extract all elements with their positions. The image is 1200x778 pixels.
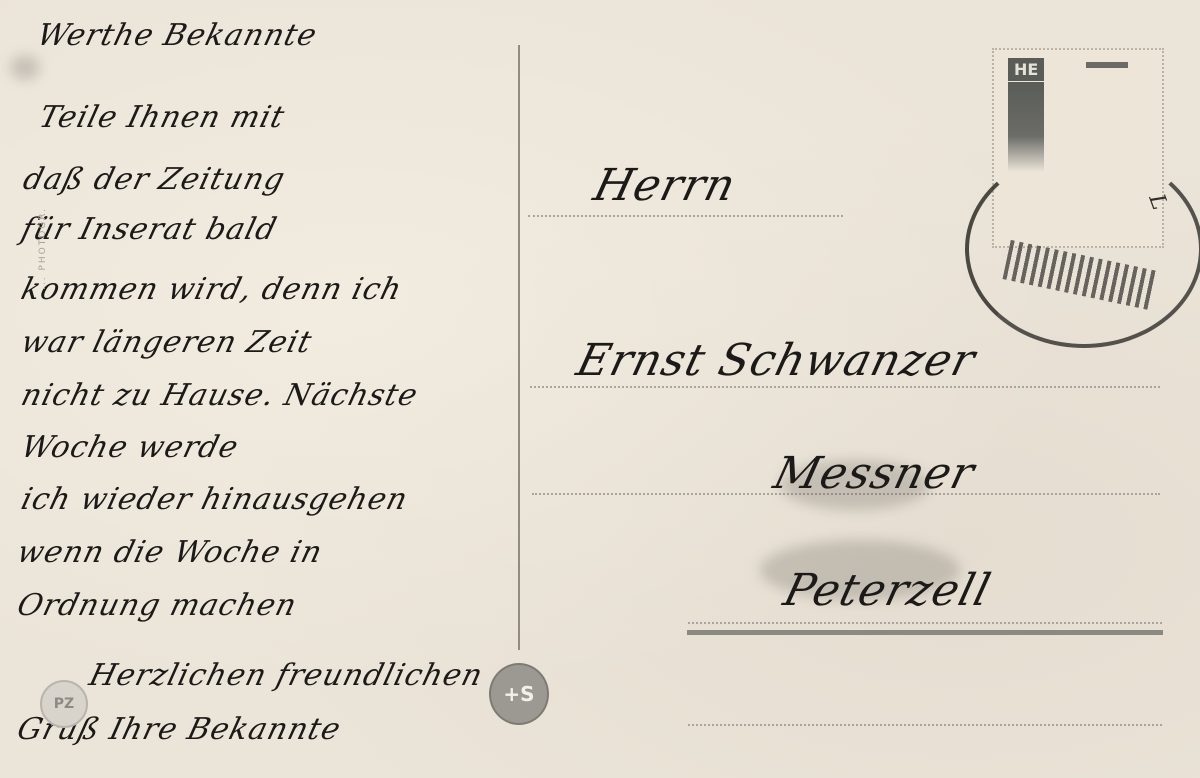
postcard-divider [518,45,520,650]
message-line: Woche werde [18,430,243,465]
stamp-value-bar [1086,62,1128,68]
address-line-2 [530,386,1160,388]
address-town: Peterzell [779,565,997,616]
ink-smudge [10,55,40,80]
address-salutation: Herrn [589,160,742,211]
message-line: daß der Zeitung [20,162,289,197]
message-line: für Inserat bald [18,212,281,247]
address-occupation: Messner [769,448,980,499]
message-line: Teile Ihnen mit [36,100,289,135]
address-name: Ernst Schwanzer [572,335,981,386]
publisher-logo-cross: +S [489,663,549,725]
postcard: HE L Werthe Bekannte Teile Ihnen mit daß… [0,0,1200,778]
message-line: ich wieder hinausgehen [18,482,412,517]
message-line: nicht zu Hause. Nächste [18,378,422,413]
message-line: kommen wird, denn ich [18,272,406,307]
address-line-5 [688,724,1162,726]
message-line: Herzlichen freundlichen [86,658,487,693]
message-line: war längeren Zeit [18,325,316,360]
postmark-circle [965,150,1200,348]
stamp-text: HE [1008,58,1044,81]
address-underline-bar [687,630,1163,635]
message-line: Ordnung machen [14,588,301,623]
message-line: wenn die Woche in [14,535,327,570]
publisher-logo-pz: PZ [40,680,88,728]
address-line-4 [688,622,1162,624]
message-line: Werthe Bekannte [34,18,321,53]
address-line-1 [528,215,843,217]
publisher-imprint: ... PHOTOGR. [38,207,48,290]
